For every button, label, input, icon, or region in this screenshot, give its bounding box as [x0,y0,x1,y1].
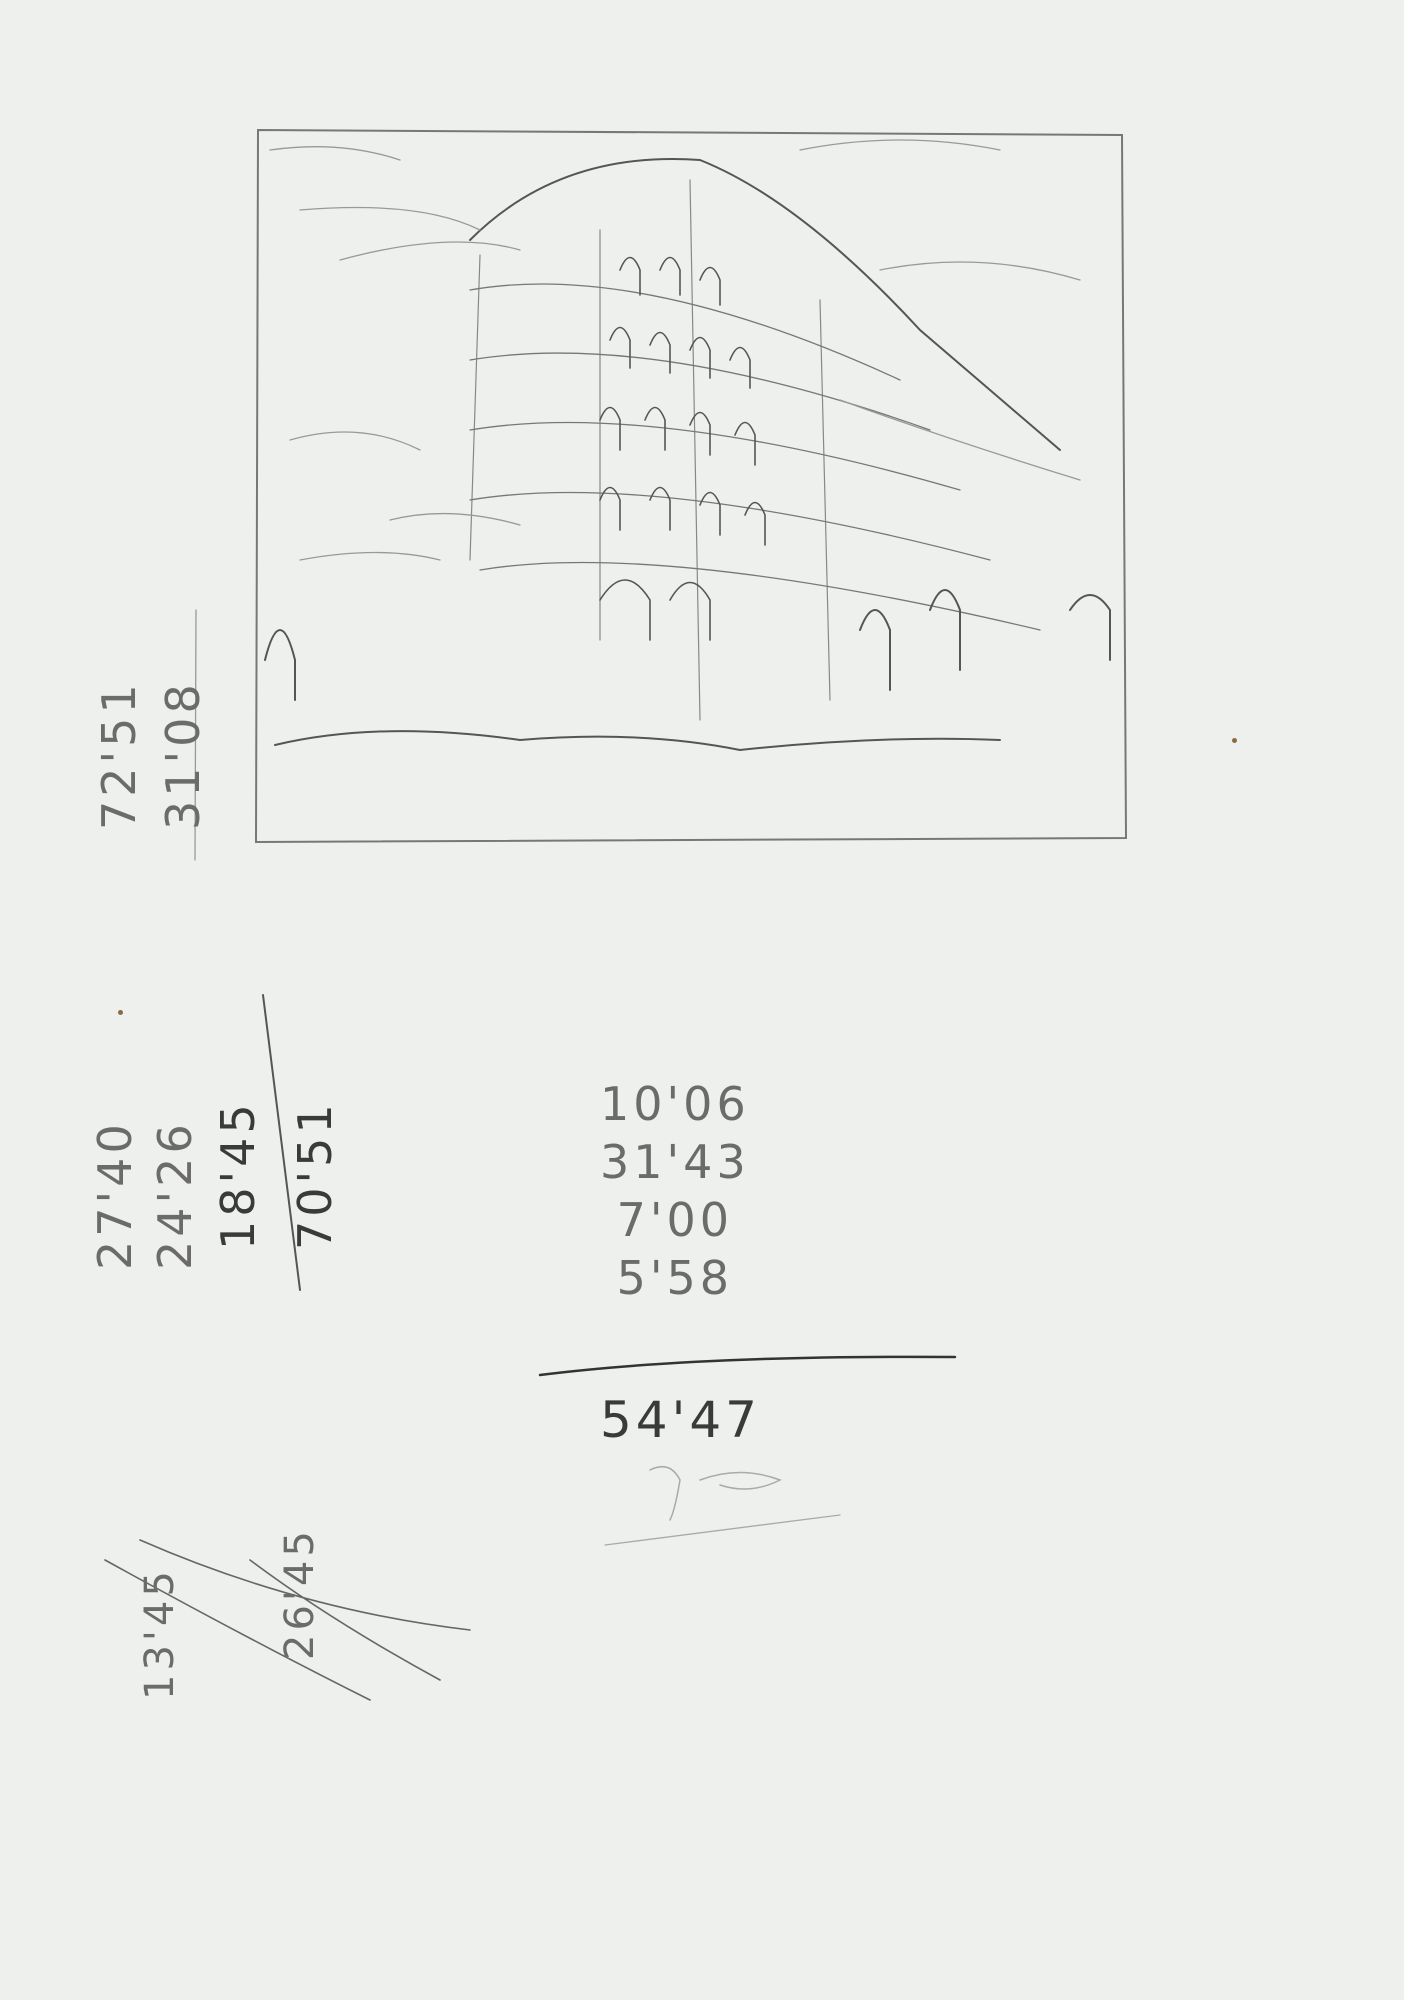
paper-speck [118,1010,123,1015]
rotated-sum-total: 70'51 [292,1100,338,1250]
center-sum-value-3: 7'00 [617,1197,733,1243]
paper-speck [1232,738,1237,743]
left-edge-value-1: 72'51 [96,680,142,830]
left-edge-value-2: 31'08 [160,680,206,830]
crossed-out-value-2: 26'45 [280,1527,320,1660]
center-sum-value-4: 5'58 [617,1255,733,1301]
center-sum-value-2: 31'43 [600,1139,750,1185]
center-sum: 10'06 31'43 7'00 5'58 [600,1075,750,1307]
rotated-sum-value-2: 24'26 [152,1120,198,1270]
rotated-sum-value-3: 18'45 [215,1100,261,1250]
center-sum-total: 54'47 [600,1395,761,1445]
crossed-out-value-1: 13'45 [140,1567,180,1700]
rotated-sum-value-1: 27'40 [92,1120,138,1270]
building-sketch [0,0,1404,2000]
center-sum-value-1: 10'06 [600,1081,750,1127]
